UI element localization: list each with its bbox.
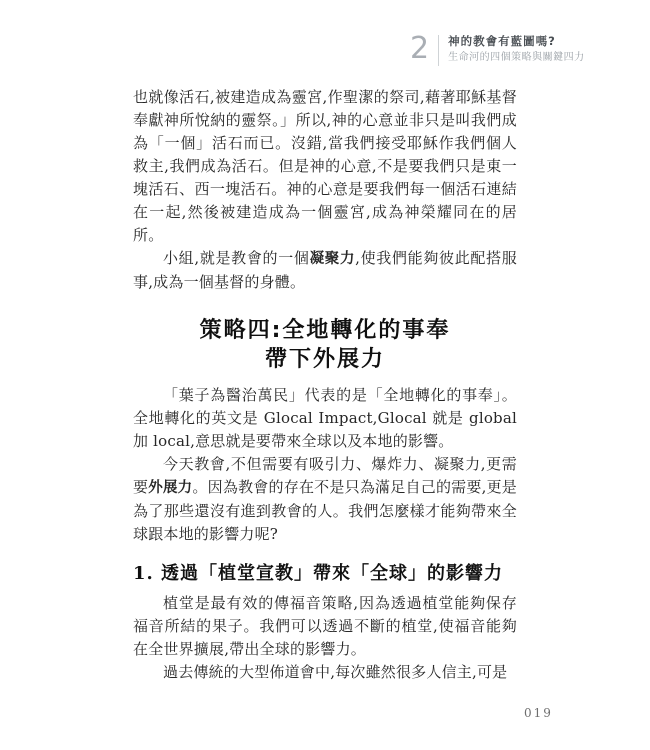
emphasis-cohesion-term: 凝聚力 xyxy=(310,251,356,267)
chapter-subtitle: 生命河的四個策略與關鍵四力 xyxy=(448,52,585,63)
chapter-title: 神的教會有藍圖嗎? xyxy=(448,35,585,48)
section-heading-line1: 策略四:全地轉化的事奉 xyxy=(133,316,517,345)
chapter-number: 2 xyxy=(410,32,429,66)
section-heading: 策略四:全地轉化的事奉 帶下外展力 xyxy=(133,316,517,374)
header-divider xyxy=(438,35,439,66)
paragraph-glocal-impact: 「葉子為醫治萬民」代表的是「全地轉化的事奉」。全地轉化的英文是 Glocal I… xyxy=(133,384,517,453)
section-heading-line2: 帶下外展力 xyxy=(133,345,517,374)
header-text-block: 神的教會有藍圖嗎? 生命河的四個策略與關鍵四力 xyxy=(448,32,585,63)
page-number: 019 xyxy=(524,706,553,720)
paragraph-living-stones: 也就像活石,被建造成為靈宮,作聖潔的祭司,藉著耶穌基督奉獻神所悅納的靈祭。」所以… xyxy=(133,86,517,247)
paragraph-crusades: 過去傳統的大型佈道會中,每次雖然很多人信主,可是 xyxy=(133,661,517,684)
paragraph-small-groups: 小組,就是教會的一個凝聚力,使我們能夠彼此配搭服事,成為一個基督的身體。 xyxy=(133,247,517,294)
paragraph-church-planting: 植堂是最有效的傳福音策略,因為透過植堂能夠保存福音所結的果子。我們可以透過不斷的… xyxy=(133,592,517,661)
paragraph-small-groups-pre: 小組,就是教會的一個 xyxy=(163,249,310,267)
subsection-heading-church-planting: 1. 透過「植堂宣教」帶來「全球」的影響力 xyxy=(133,562,517,586)
paragraph-outreach-need: 今天教會,不但需要有吸引力、爆炸力、凝聚力,更需要外展力。因為教會的存在不是只為… xyxy=(133,453,517,546)
running-header: 2 神的教會有藍圖嗎? 生命河的四個策略與關鍵四力 xyxy=(410,32,585,66)
text-column: 也就像活石,被建造成為靈宮,作聖潔的祭司,藉著耶穌基督奉獻神所悅納的靈祭。」所以… xyxy=(133,86,517,684)
book-page: 2 神的教會有藍圖嗎? 生命河的四個策略與關鍵四力 也就像活石,被建造成為靈宮,… xyxy=(0,0,650,750)
emphasis-outreach-term: 外展力 xyxy=(148,480,192,496)
